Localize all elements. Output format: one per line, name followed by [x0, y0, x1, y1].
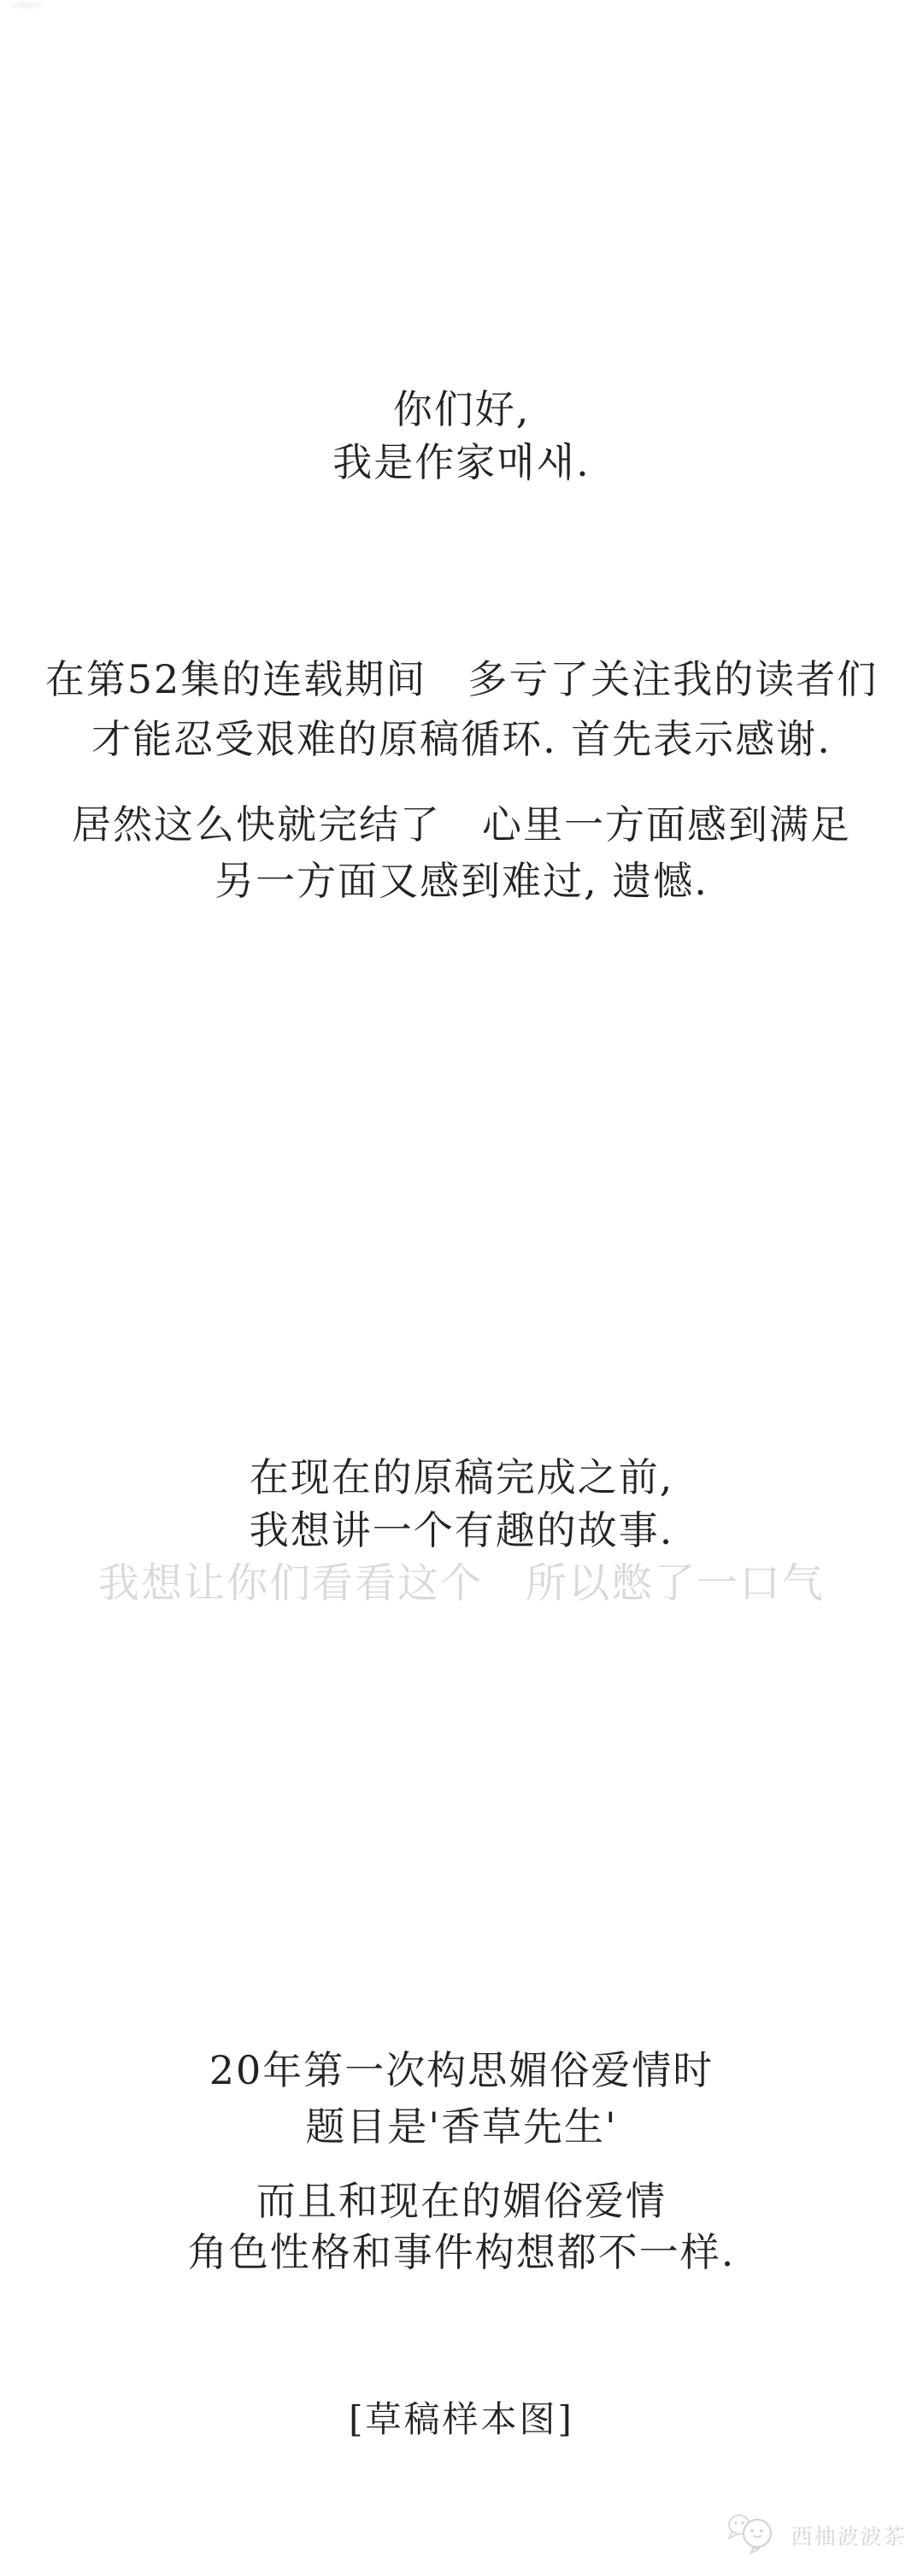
thanks-line-2: 才能忍受艰难的原稿循环. 首先表示感谢. [0, 709, 923, 769]
story-intro-line-1: 在现在的原稿完成之前, [0, 1451, 923, 1504]
feelings-line-1: 居然这么快就完结了 心里一方面感到满足 [0, 796, 923, 853]
feelings-line-2: 另一方面又感到难过, 遗憾. [0, 853, 923, 909]
difference-line-2: 角色性格和事件构想都不一样. [0, 2227, 923, 2278]
difference-line-1: 而且和现在的媚俗爱情 [0, 2175, 923, 2227]
story-intro-paragraph: 在现在的原稿完成之前, 我想讲一个有趣的故事. 我想让你们看看这个 所以憋了一口… [0, 1451, 923, 1610]
story-intro-line-2: 我想讲一个有趣的故事. [0, 1504, 923, 1557]
thanks-line-1: 在第52集的连载期间 多亏了关注我的读者们 [0, 649, 923, 709]
greeting-line-1: 你们好, [0, 383, 923, 436]
feelings-paragraph: 居然这么快就完结了 心里一方面感到满足 另一方面又感到难过, 遗憾. [0, 796, 923, 909]
story-intro-faded-line: 我想让你们看看这个 所以憋了一口气 [0, 1557, 923, 1610]
watermark: 西柚波波茶 [726, 2510, 905, 2558]
difference-paragraph: 而且和现在的媚俗爱情 角色性格和事件构想都不一样. [0, 2175, 923, 2278]
corner-artifact [7, 0, 48, 10]
concept-paragraph: 20年第一次构思媚俗爱情时 题目是'香草先生' [0, 2042, 923, 2155]
greeting-block: 你们好, 我是作家매새. [0, 383, 923, 489]
concept-line-1: 20年第一次构思媚俗爱情时 [0, 2042, 923, 2098]
watermark-text: 西柚波波茶 [790, 2519, 905, 2550]
chat-bubbles-icon [726, 2510, 781, 2558]
thanks-paragraph: 在第52集的连载期间 多亏了关注我的读者们 才能忍受艰难的原稿循环. 首先表示感… [0, 649, 923, 769]
afterword-page: 你们好, 我是作家매새. 在第52集的连载期间 多亏了关注我的读者们 才能忍受艰… [0, 0, 923, 2576]
greeting-line-2: 我是作家매새. [0, 436, 923, 489]
draft-sample-caption: [草稿样本图] [0, 2397, 923, 2442]
concept-line-2: 题目是'香草先生' [0, 2098, 923, 2155]
